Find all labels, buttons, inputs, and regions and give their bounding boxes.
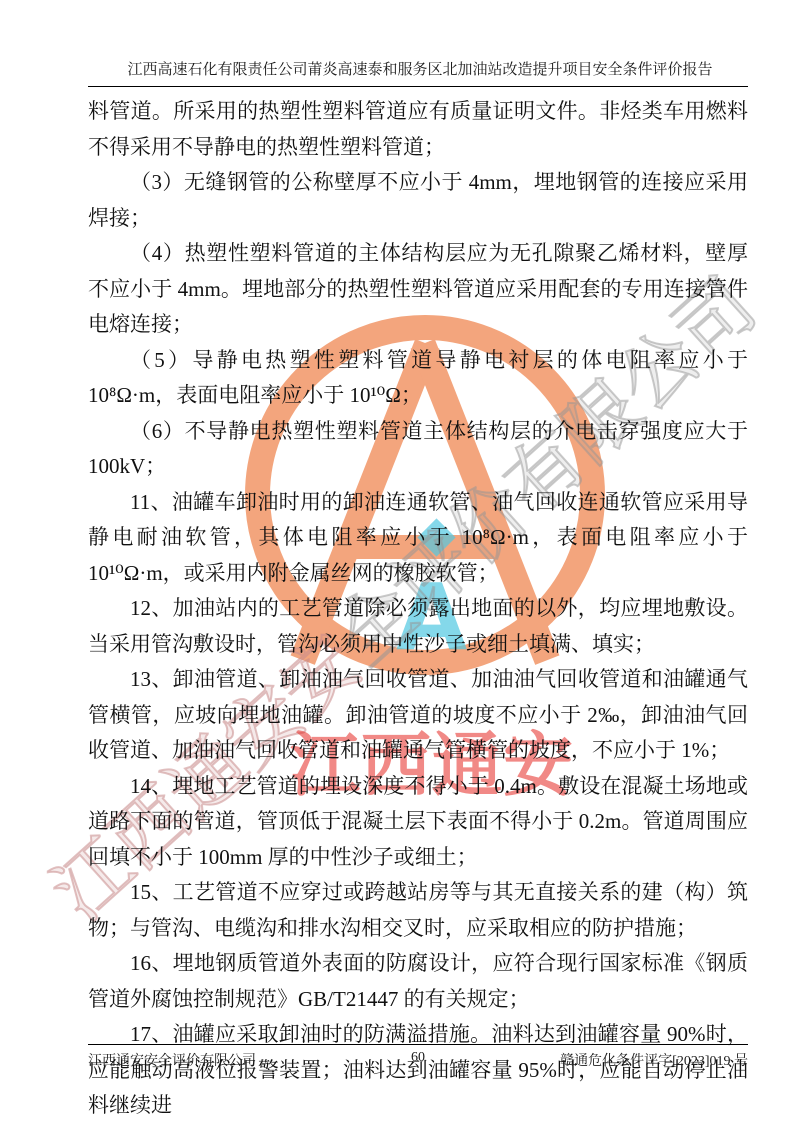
body-paragraph: 料管道。所采用的热塑性塑料管道应有质量证明文件。非烃类车用燃料不得采用不导静电的… <box>88 94 748 165</box>
report-body: 料管道。所采用的热塑性塑料管道应有质量证明文件。非烃类车用燃料不得采用不导静电的… <box>88 94 748 1124</box>
body-paragraph: 12、加油站内的工艺管道除必须露出地面的以外，均应埋地敷设。当采用管沟敷设时，管… <box>88 591 748 662</box>
body-paragraph: 14、埋地工艺管道的埋设深度不得小于 0.4m。敷设在混凝土场地或道路下面的管道… <box>88 769 748 876</box>
body-paragraph: 13、卸油管道、卸油油气回收管道、加油油气回收管道和油罐通气管横管，应坡向埋地油… <box>88 662 748 769</box>
header-title: 江西高速石化有限责任公司莆炎高速泰和服务区北加油站改造提升项目安全条件评价报告 <box>70 58 770 79</box>
body-paragraph: （3）无缝钢管的公称壁厚不应小于 4mm，埋地钢管的连接应采用焊接； <box>88 165 748 236</box>
body-paragraph: 15、工艺管道不应穿过或跨越站房等与其无直接关系的建（构）筑物；与管沟、电缆沟和… <box>88 875 748 946</box>
footer-rule <box>88 1044 748 1045</box>
page-footer: 江西通安安全评价有限公司 60 赣通危化条件评字[2023]019 号 <box>88 1050 748 1070</box>
body-paragraph: 17、油罐应采取卸油时的防满溢措施。油料达到油罐容量 90%时，应能触动高液位报… <box>88 1017 748 1124</box>
body-paragraph: 11、油罐车卸油时用的卸油连通软管、油气回收连通软管应采用导静电耐油软管，其体电… <box>88 485 748 592</box>
body-paragraph: （4）热塑性塑料管道的主体结构层应为无孔隙聚乙烯材料，壁厚不应小于 4mm。埋地… <box>88 236 748 343</box>
footer-doc-number: 赣通危化条件评字[2023]019 号 <box>560 1050 748 1070</box>
body-paragraph: （6）不导静电热塑性塑料管道主体结构层的介电击穿强度应大于 100kV； <box>88 414 748 485</box>
body-paragraph: （5）导静电热塑性塑料管道导静电衬层的体电阻率应小于 10⁸Ω·m，表面电阻率应… <box>88 343 748 414</box>
body-paragraph: 16、埋地钢质管道外表面的防腐设计，应符合现行国家标准《钢质管道外腐蚀控制规范》… <box>88 946 748 1017</box>
header-rule <box>88 86 748 87</box>
report-page: A 江西通安安全评价有限公司 江西通安 江西高速石化有限责任公司莆炎高速泰和服务… <box>0 0 800 1131</box>
